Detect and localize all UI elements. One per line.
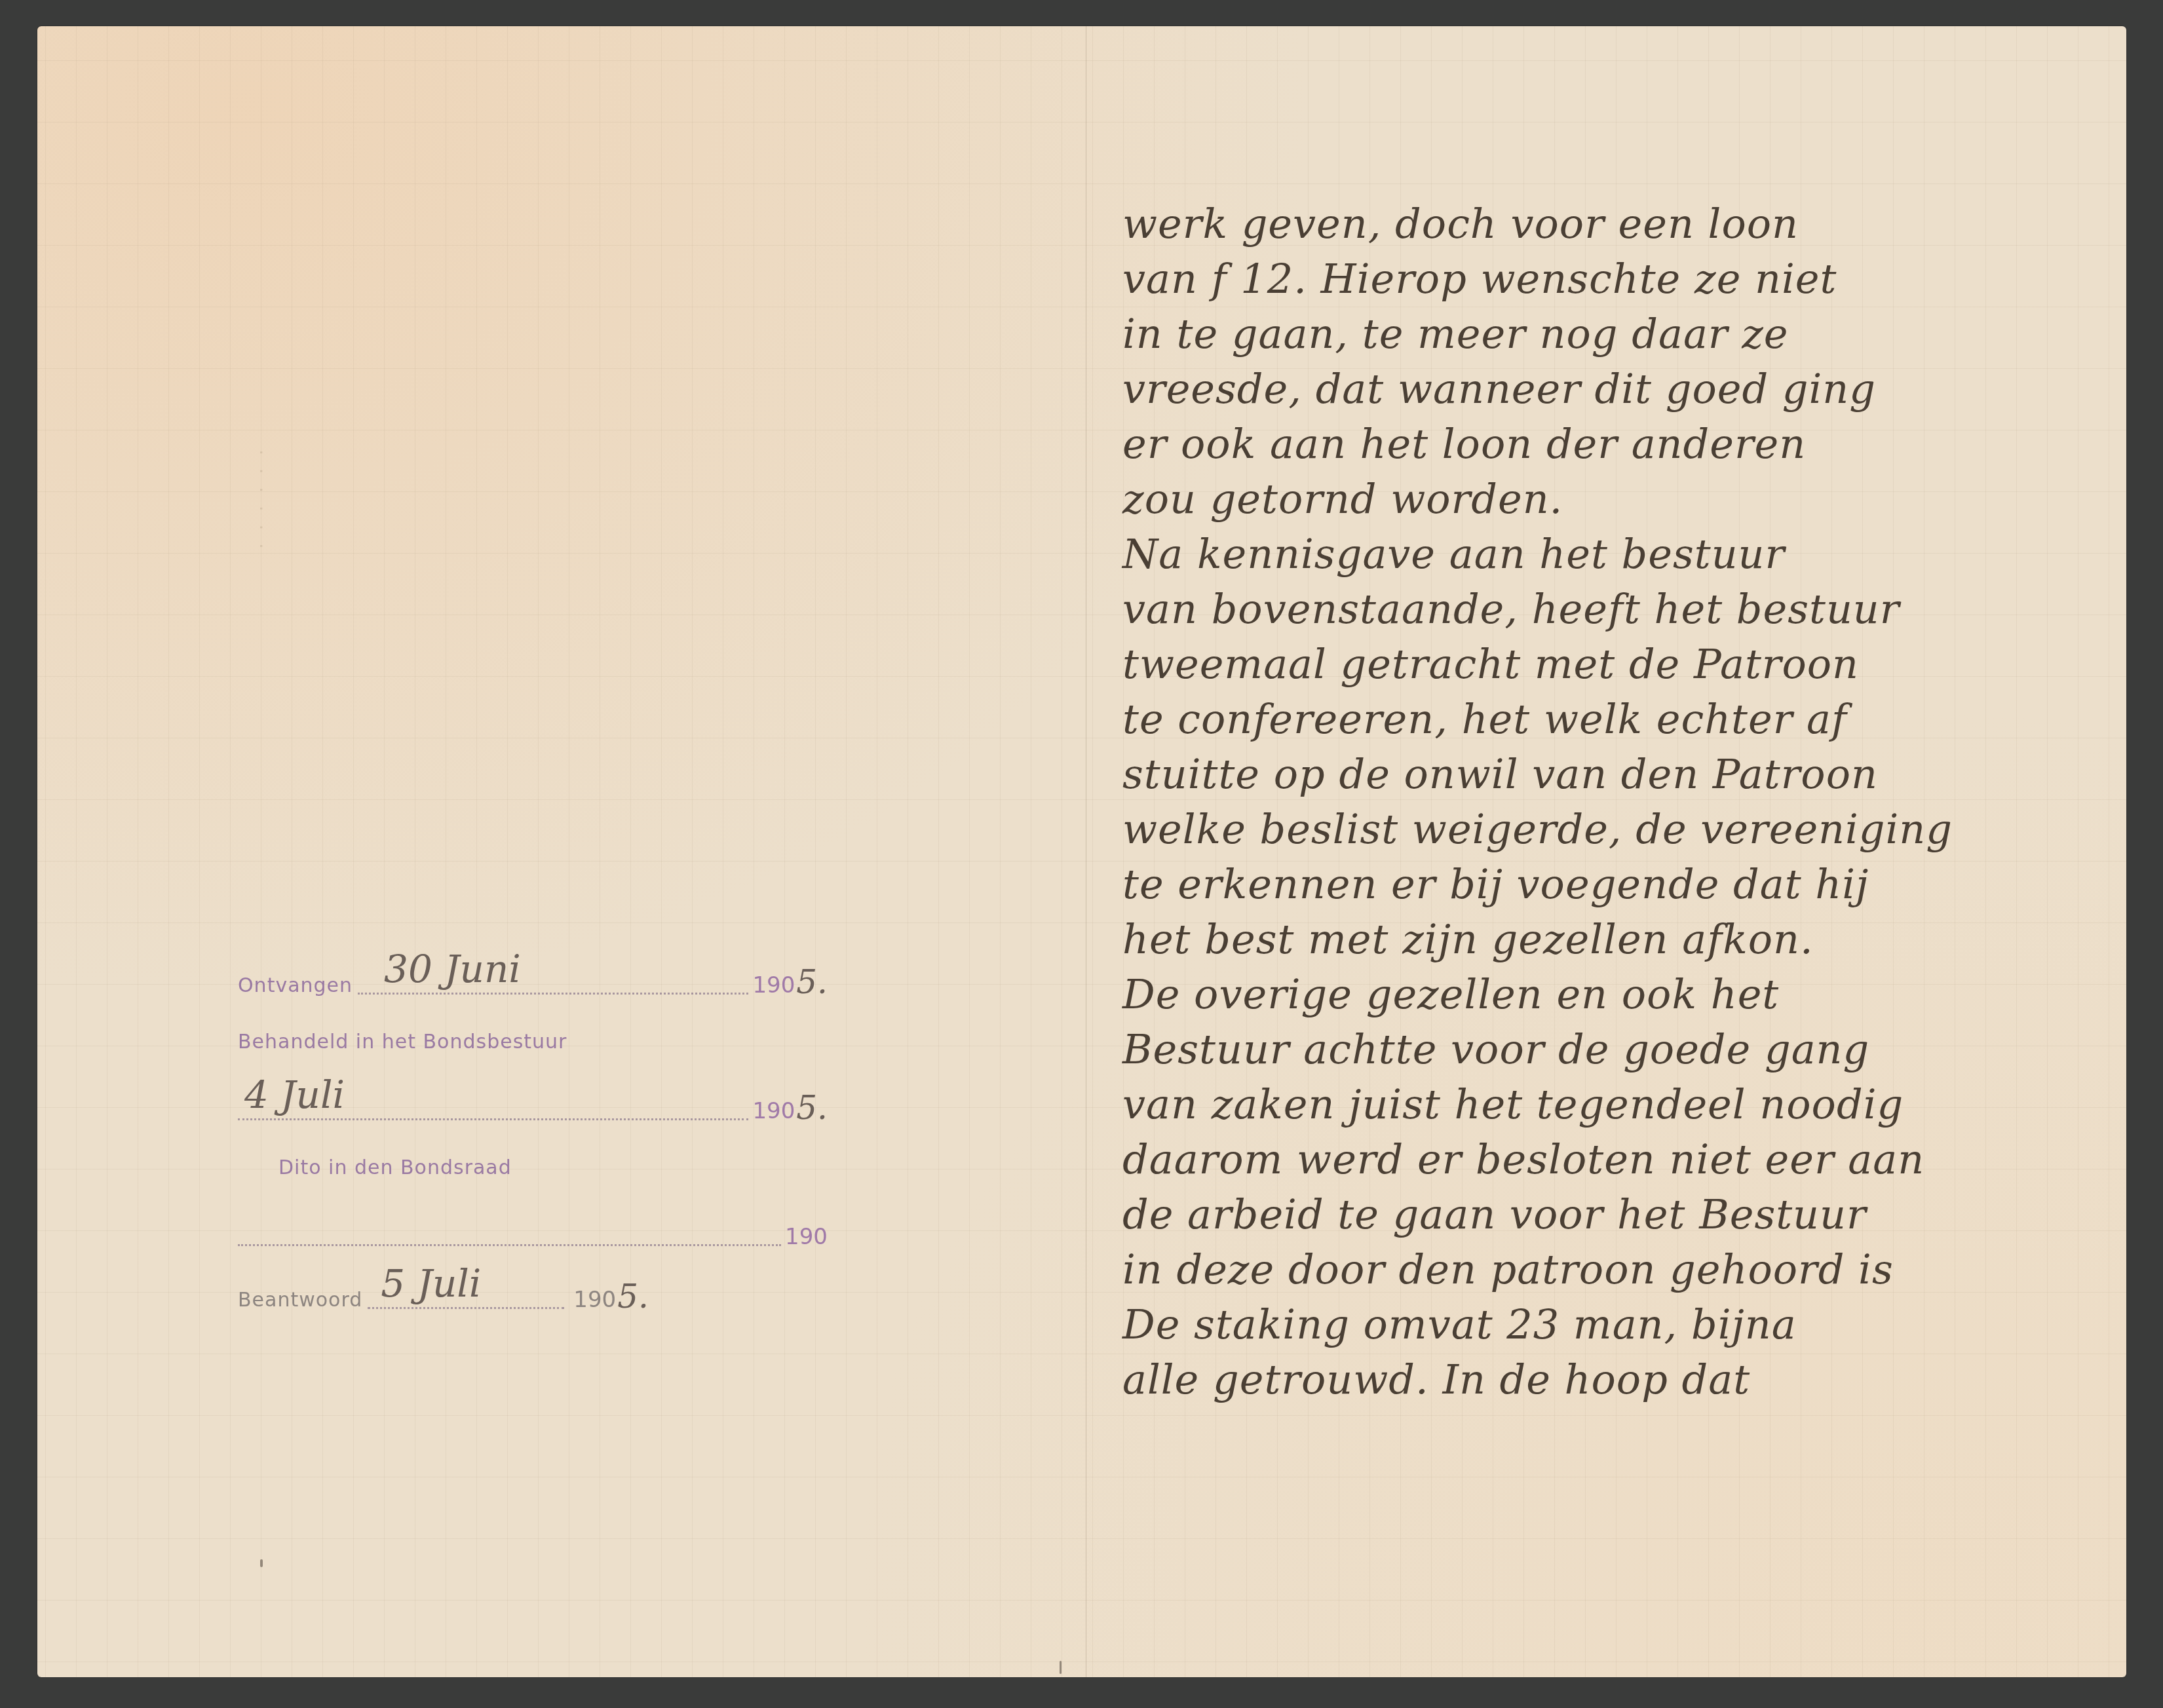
stamp-received-year: 190 <box>752 972 795 1006</box>
stamp-board-label-row: Behandeld in het Bondsbestuur <box>238 1006 828 1069</box>
ink-speck <box>1060 1661 1062 1674</box>
stamp-dotted-line: 4 Juli <box>238 1079 748 1120</box>
letter-line: Na kennisgave aan het bestuur <box>1122 527 2086 582</box>
stamp-answered-date: 5 Juli <box>381 1261 481 1306</box>
stamp-dotted-line: 5 Juli <box>368 1268 564 1309</box>
letter-line: De overige gezellen en ook het <box>1122 967 2086 1022</box>
letter-line: het best met zijn gezellen afkon. <box>1122 912 2086 967</box>
stamp-answered-row: Beantwoord 5 Juli 190 5. <box>238 1258 828 1321</box>
letter-line: te erkennen er bij voegende dat hij <box>1122 857 2086 912</box>
stamp-board-year: 190 <box>752 1098 795 1132</box>
stamp-received-row: Ontvangen 30 Juni 190 5. <box>238 943 828 1006</box>
stamp-dotted-line <box>238 1205 781 1246</box>
letter-line: te confereeren, het welk echter af <box>1122 692 2086 747</box>
letter-line: er ook aan het loon der anderen <box>1122 417 2086 472</box>
receipt-stamp: Ontvangen 30 Juni 190 5. Behandeld in he… <box>238 943 828 1321</box>
stamp-received-year-suffix: 5. <box>796 963 828 1006</box>
stamp-board-label: Behandeld in het Bondsbestuur <box>238 1031 567 1069</box>
stamp-board-year-suffix: 5. <box>796 1089 828 1132</box>
stamp-council-year: 190 <box>785 1224 828 1258</box>
letter-body: werk geven, doch voor een loon van f 12.… <box>1122 197 2086 1407</box>
stamp-answered-year-suffix: 5. <box>617 1278 649 1321</box>
letter-line: alle getrouwd. In de hoop dat <box>1122 1352 2086 1407</box>
letter-line: Bestuur achtte voor de goede gang <box>1122 1022 2086 1077</box>
stamp-answered-label: Beantwoord <box>238 1289 362 1321</box>
letter-line: van f 12. Hierop wenschte ze niet <box>1122 252 2086 307</box>
letter-line: de arbeid te gaan voor het Bestuur <box>1122 1187 2086 1242</box>
stamp-council-label: Dito in den Bondsraad <box>278 1156 512 1195</box>
letter-line: welke beslist weigerde, de vereeniging <box>1122 802 2086 857</box>
letter-line: zou getornd worden. <box>1122 472 2086 527</box>
letter-line: van bovenstaande, heeft het bestuur <box>1122 582 2086 637</box>
letter-line: De staking omvat 23 man, bijna <box>1122 1297 2086 1352</box>
stamp-council-row: 190 <box>238 1195 828 1258</box>
stamp-board-date: 4 Juli <box>244 1072 345 1117</box>
letter-line: tweemaal getracht met de Patroon <box>1122 637 2086 692</box>
letter-line: vreesde, dat wanneer dit goed ging <box>1122 362 2086 417</box>
letter-line: daarom werd er besloten niet eer aan <box>1122 1132 2086 1187</box>
stamp-answered-year: 190 <box>573 1287 616 1321</box>
ink-speck <box>260 1559 263 1567</box>
letter-line: van zaken juist het tegendeel noodig <box>1122 1077 2086 1132</box>
letter-line: stuitte op de onwil van den Patroon <box>1122 747 2086 802</box>
stamp-received-label: Ontvangen <box>238 974 353 1006</box>
stamp-dotted-line: 30 Juni <box>358 953 748 995</box>
embossed-seal-mark: · · · · · · <box>152 416 368 586</box>
stamp-board-row: 4 Juli 190 5. <box>238 1069 828 1132</box>
center-fold-line <box>1086 26 1086 1677</box>
letter-line: werk geven, doch voor een loon <box>1122 197 2086 252</box>
stamp-received-date: 30 Juni <box>384 947 521 991</box>
stamp-council-label-row: Dito in den Bondsraad <box>238 1132 828 1195</box>
letter-line: in te gaan, te meer nog daar ze <box>1122 307 2086 362</box>
letter-line: in deze door den patroon gehoord is <box>1122 1242 2086 1297</box>
